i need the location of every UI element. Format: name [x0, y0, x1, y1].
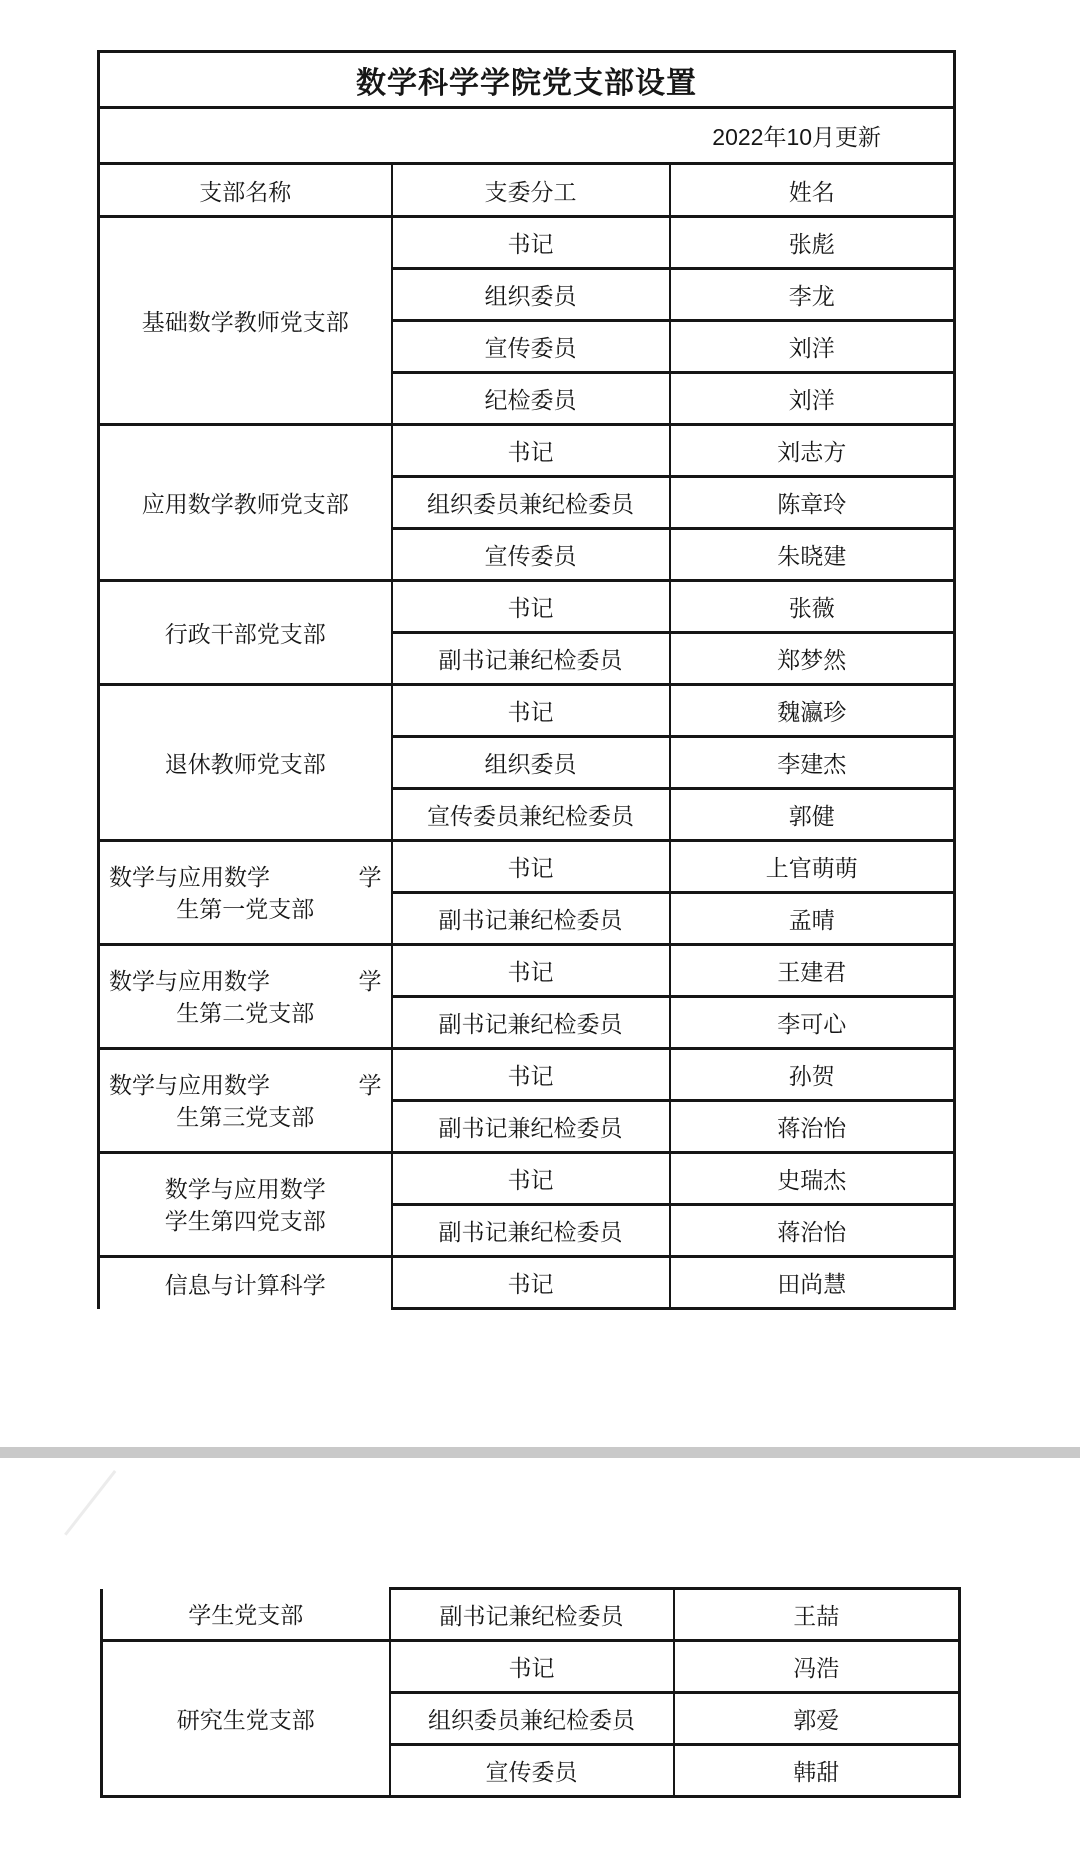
role-cell: 书记 [392, 1153, 670, 1205]
role-cell: 书记 [392, 1049, 670, 1101]
role-cell: 宣传委员兼纪检委员 [392, 789, 670, 841]
name-cell: 蒋治怡 [670, 1101, 955, 1153]
name-cell: 田尚慧 [670, 1257, 955, 1309]
role-cell: 书记 [392, 217, 670, 269]
role-cell: 副书记兼纪检委员 [390, 1589, 674, 1641]
role-cell: 书记 [392, 425, 670, 477]
name-cell: 孙贺 [670, 1049, 955, 1101]
name-cell: 郭爱 [674, 1693, 960, 1745]
branch-cell: 数学与应用数学 学 生第一党支部 [99, 841, 392, 945]
party-branch-table-upper: 数学科学学院党支部设置 2022年10月更新 支部名称 支委分工 姓名 基础数学… [97, 50, 956, 1310]
role-cell: 副书记兼纪检委员 [392, 1205, 670, 1257]
role-cell: 组织委员 [392, 269, 670, 321]
role-cell: 书记 [392, 1257, 670, 1309]
branch-cell: 基础数学教师党支部 [99, 217, 392, 425]
branch-cell: 数学与应用数学 学生第四党支部 [99, 1153, 392, 1257]
name-cell: 刘志方 [670, 425, 955, 477]
branch-cell: 数学与应用数学 学 生第三党支部 [99, 1049, 392, 1153]
role-cell: 组织委员 [392, 737, 670, 789]
name-cell: 孟晴 [670, 893, 955, 945]
role-cell: 纪检委员 [392, 373, 670, 425]
name-cell: 朱晓建 [670, 529, 955, 581]
name-cell: 郑梦然 [670, 633, 955, 685]
name-cell: 张薇 [670, 581, 955, 633]
name-cell: 史瑞杰 [670, 1153, 955, 1205]
document-title: 数学科学学院党支部设置 [99, 52, 955, 108]
role-cell: 宣传委员 [390, 1745, 674, 1797]
role-cell: 宣传委员 [392, 321, 670, 373]
branch-cell: 应用数学教师党支部 [99, 425, 392, 581]
role-cell: 书记 [392, 685, 670, 737]
name-cell: 冯浩 [674, 1641, 960, 1693]
name-cell: 李建杰 [670, 737, 955, 789]
branch-line1-tail: 学 [359, 1069, 382, 1101]
scan-artifact [64, 1470, 116, 1536]
branch-cell: 研究生党支部 [102, 1641, 390, 1797]
party-branch-table-lower-continuation: 学生党支部 副书记兼纪检委员 王喆 研究生党支部 书记 冯浩 组织委员兼纪检委员… [100, 1587, 961, 1798]
role-cell: 组织委员兼纪检委员 [390, 1693, 674, 1745]
branch-line2: 生第三党支部 [100, 1101, 391, 1133]
column-header-branch: 支部名称 [99, 164, 392, 217]
branch-line2: 生第二党支部 [100, 997, 391, 1029]
name-cell: 李龙 [670, 269, 955, 321]
branch-line1-tail: 学 [359, 861, 382, 893]
branch-line1-tail: 学 [359, 965, 382, 997]
branch-line2: 生第一党支部 [100, 893, 391, 925]
page-break-separator [0, 1447, 1080, 1458]
role-cell: 组织委员兼纪检委员 [392, 477, 670, 529]
branch-line1: 数学与应用数学 [100, 1173, 391, 1205]
update-date: 2022年10月更新 [99, 108, 955, 164]
branch-line1: 数学与应用数学 [109, 1069, 270, 1101]
column-header-role: 支委分工 [392, 164, 670, 217]
role-cell: 书记 [392, 841, 670, 893]
name-cell: 王喆 [674, 1589, 960, 1641]
role-cell: 书记 [392, 581, 670, 633]
role-cell: 副书记兼纪检委员 [392, 997, 670, 1049]
name-cell: 王建君 [670, 945, 955, 997]
branch-cell: 学生党支部 [102, 1589, 390, 1641]
role-cell: 副书记兼纪检委员 [392, 633, 670, 685]
name-cell: 李可心 [670, 997, 955, 1049]
role-cell: 书记 [392, 945, 670, 997]
name-cell: 韩甜 [674, 1745, 960, 1797]
name-cell: 魏瀛珍 [670, 685, 955, 737]
branch-cell: 信息与计算科学 [99, 1257, 392, 1309]
role-cell: 书记 [390, 1641, 674, 1693]
branch-cell: 数学与应用数学 学 生第二党支部 [99, 945, 392, 1049]
column-header-name: 姓名 [670, 164, 955, 217]
name-cell: 刘洋 [670, 321, 955, 373]
name-cell: 刘洋 [670, 373, 955, 425]
branch-line1: 数学与应用数学 [109, 861, 270, 893]
name-cell: 张彪 [670, 217, 955, 269]
branch-cell: 退休教师党支部 [99, 685, 392, 841]
branch-cell: 行政干部党支部 [99, 581, 392, 685]
name-cell: 上官萌萌 [670, 841, 955, 893]
name-cell: 陈章玲 [670, 477, 955, 529]
name-cell: 郭健 [670, 789, 955, 841]
name-cell: 蒋治怡 [670, 1205, 955, 1257]
role-cell: 宣传委员 [392, 529, 670, 581]
role-cell: 副书记兼纪检委员 [392, 893, 670, 945]
branch-line1: 数学与应用数学 [109, 965, 270, 997]
branch-line2: 学生第四党支部 [100, 1205, 391, 1237]
role-cell: 副书记兼纪检委员 [392, 1101, 670, 1153]
